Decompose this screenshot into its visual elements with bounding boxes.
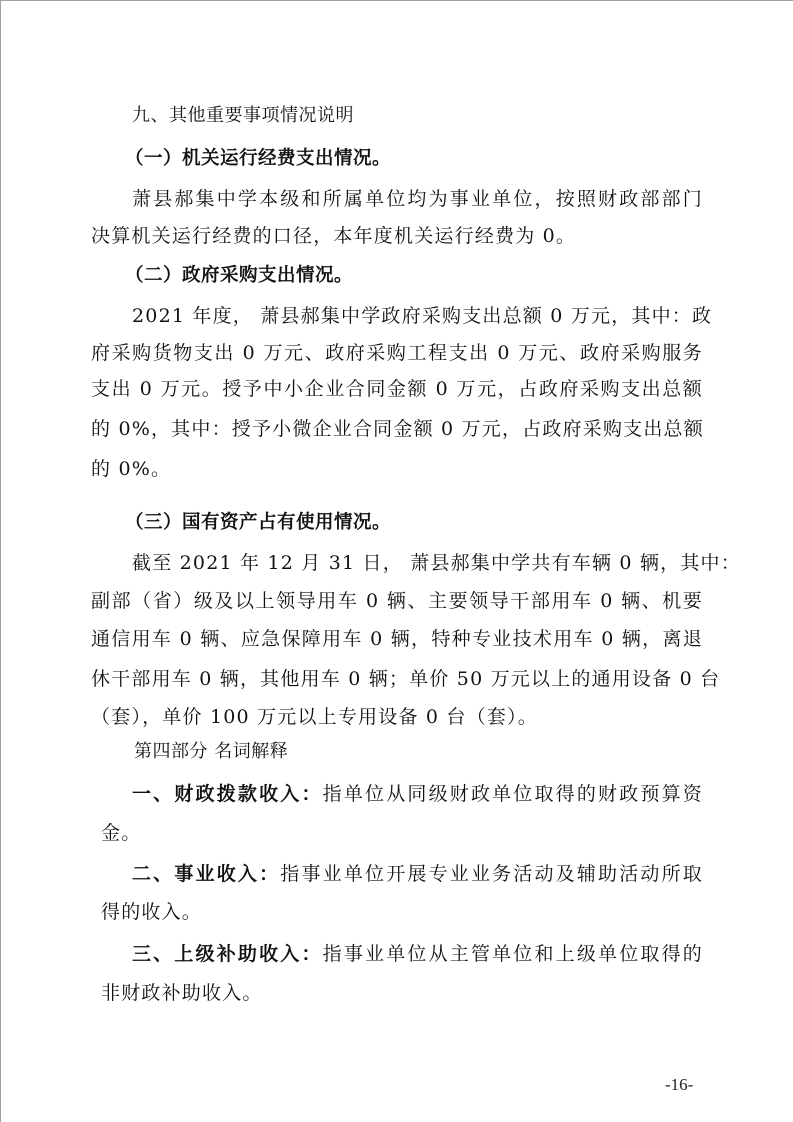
term-label: 三、上级补助收入： (132, 943, 323, 965)
term-definition-continuation: 金。 (101, 821, 713, 845)
paragraph-line: 萧县郝集中学本级和所属单位均为事业单位，按照财政部部门 (132, 187, 703, 211)
paragraph-line: 决算机关运行经费的口径，本年度机关运行经费为 0。 (91, 224, 703, 248)
paragraph-line: 2021 年度， 萧县郝集中学政府采购支出总额 0 万元，其中：政 (132, 304, 703, 328)
term-text: 指事业单位从主管单位和上级单位取得的 (323, 943, 703, 965)
term-definition-3: 三、上级补助收入：指事业单位从主管单位和上级单位取得的 (132, 942, 703, 966)
term-text: 指事业单位开展专业业务活动及辅助活动所取 (280, 863, 703, 885)
subsection-heading-1: （一）机关运行经费支出情况。 (125, 147, 696, 171)
subsection-heading-3: （三）国有资产占有使用情况。 (125, 511, 696, 535)
paragraph-line: 通信用车 0 辆、应急保障用车 0 辆，特种专业技术用车 0 辆，离退 (91, 627, 703, 651)
paragraph-line: 的 0%，其中：授予小微企业合同金额 0 万元，占政府采购支出总额 (91, 417, 703, 441)
paragraph-line: （套），单价 100 万元以上专用设备 0 台（套）。 (91, 705, 703, 729)
part-title: 第四部分 名词解释 (134, 740, 705, 764)
term-definition-continuation: 得的收入。 (101, 900, 713, 924)
paragraph-line: 支出 0 万元。授予中小企业合同金额 0 万元，占政府采购支出总额 (91, 377, 703, 401)
paragraph-line: 府采购货物支出 0 万元、政府采购工程支出 0 万元、政府采购服务 (91, 341, 703, 365)
section-title: 九、其他重要事项情况说明 (132, 104, 703, 128)
term-definition-2: 二、事业收入：指事业单位开展专业业务活动及辅助活动所取 (132, 862, 703, 886)
subsection-heading-2: （二）政府采购支出情况。 (125, 264, 696, 288)
term-label: 一、财政拨款收入： (132, 783, 323, 805)
page-number: -16- (665, 1075, 693, 1095)
term-label: 二、事业收入： (132, 863, 280, 885)
term-definition-continuation: 非财政补助收入。 (101, 981, 713, 1005)
term-definition-1: 一、财政拨款收入：指单位从同级财政单位取得的财政预算资 (132, 782, 703, 806)
paragraph-line: 副部（省）级及以上领导用车 0 辆、主要领导干部用车 0 辆、机要 (91, 589, 703, 613)
paragraph-line: 截至 2021 年 12 月 31 日， 萧县郝集中学共有车辆 0 辆，其中： (132, 551, 703, 575)
term-text: 指单位从同级财政单位取得的财政预算资 (323, 783, 703, 805)
paragraph-line: 的 0%。 (91, 457, 703, 481)
paragraph-line: 休干部用车 0 辆，其他用车 0 辆；单价 50 万元以上的通用设备 0 台 (91, 667, 703, 691)
